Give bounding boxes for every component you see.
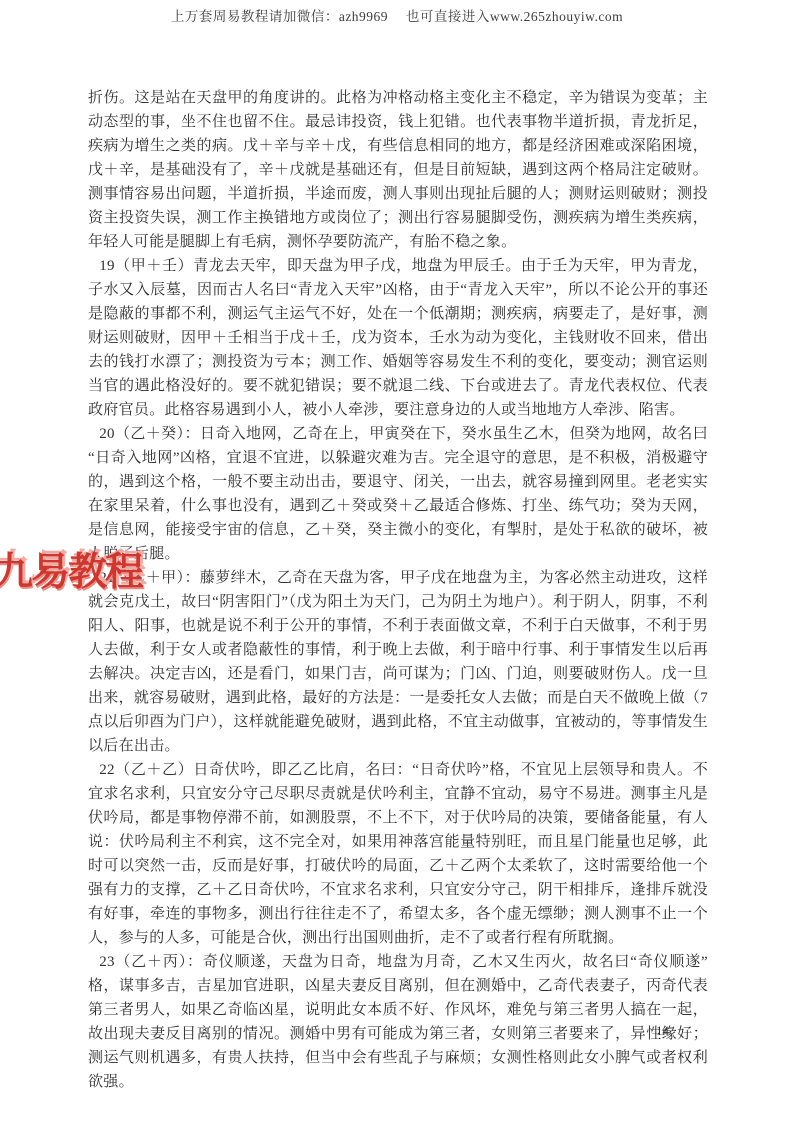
watermark: 九易教程 (0, 541, 142, 597)
document-body: 折伤。这是站在天盘甲的角度讲的。此格为冲格动格主变化主不稳定，辛为错误为变革；主… (88, 86, 708, 1094)
paragraph: 22（乙＋乙）日奇伏吟，即乙乙比肩，名曰：“日奇伏吟”格，不宜见上层领导和贵人。… (88, 758, 708, 950)
paragraph: 21（乙＋甲）：藤萝绊木，乙奇在天盘为客，甲子戊在地盘为主，为客必然主动进攻，这… (88, 566, 708, 758)
paragraph: 19（甲＋壬）青龙去天牢，即天盘为甲子戊，地盘为甲辰壬。由于壬为天牢，甲为青龙，… (88, 254, 708, 422)
header-note: 上万套周易教程请加微信：azh9969 也可直接进入www.265zhouyiw… (0, 5, 794, 25)
page-number: 14 (656, 1023, 669, 1039)
paragraph: 23（乙＋丙）：奇仪顺遂，天盘为日奇，地盘为月奇，乙木又生丙火，故名曰“奇仪顺遂… (88, 950, 708, 1094)
paragraph: 20（乙＋癸）：日奇入地网，乙奇在上，甲寅癸在下，癸水虽生乙木，但癸为地网，故名… (88, 422, 708, 566)
paragraph: 折伤。这是站在天盘甲的角度讲的。此格为冲格动格主变化主不稳定，辛为错误为变革；主… (88, 86, 708, 254)
document-page: 上万套周易教程请加微信：azh9969 也可直接进入www.265zhouyiw… (0, 0, 794, 1123)
